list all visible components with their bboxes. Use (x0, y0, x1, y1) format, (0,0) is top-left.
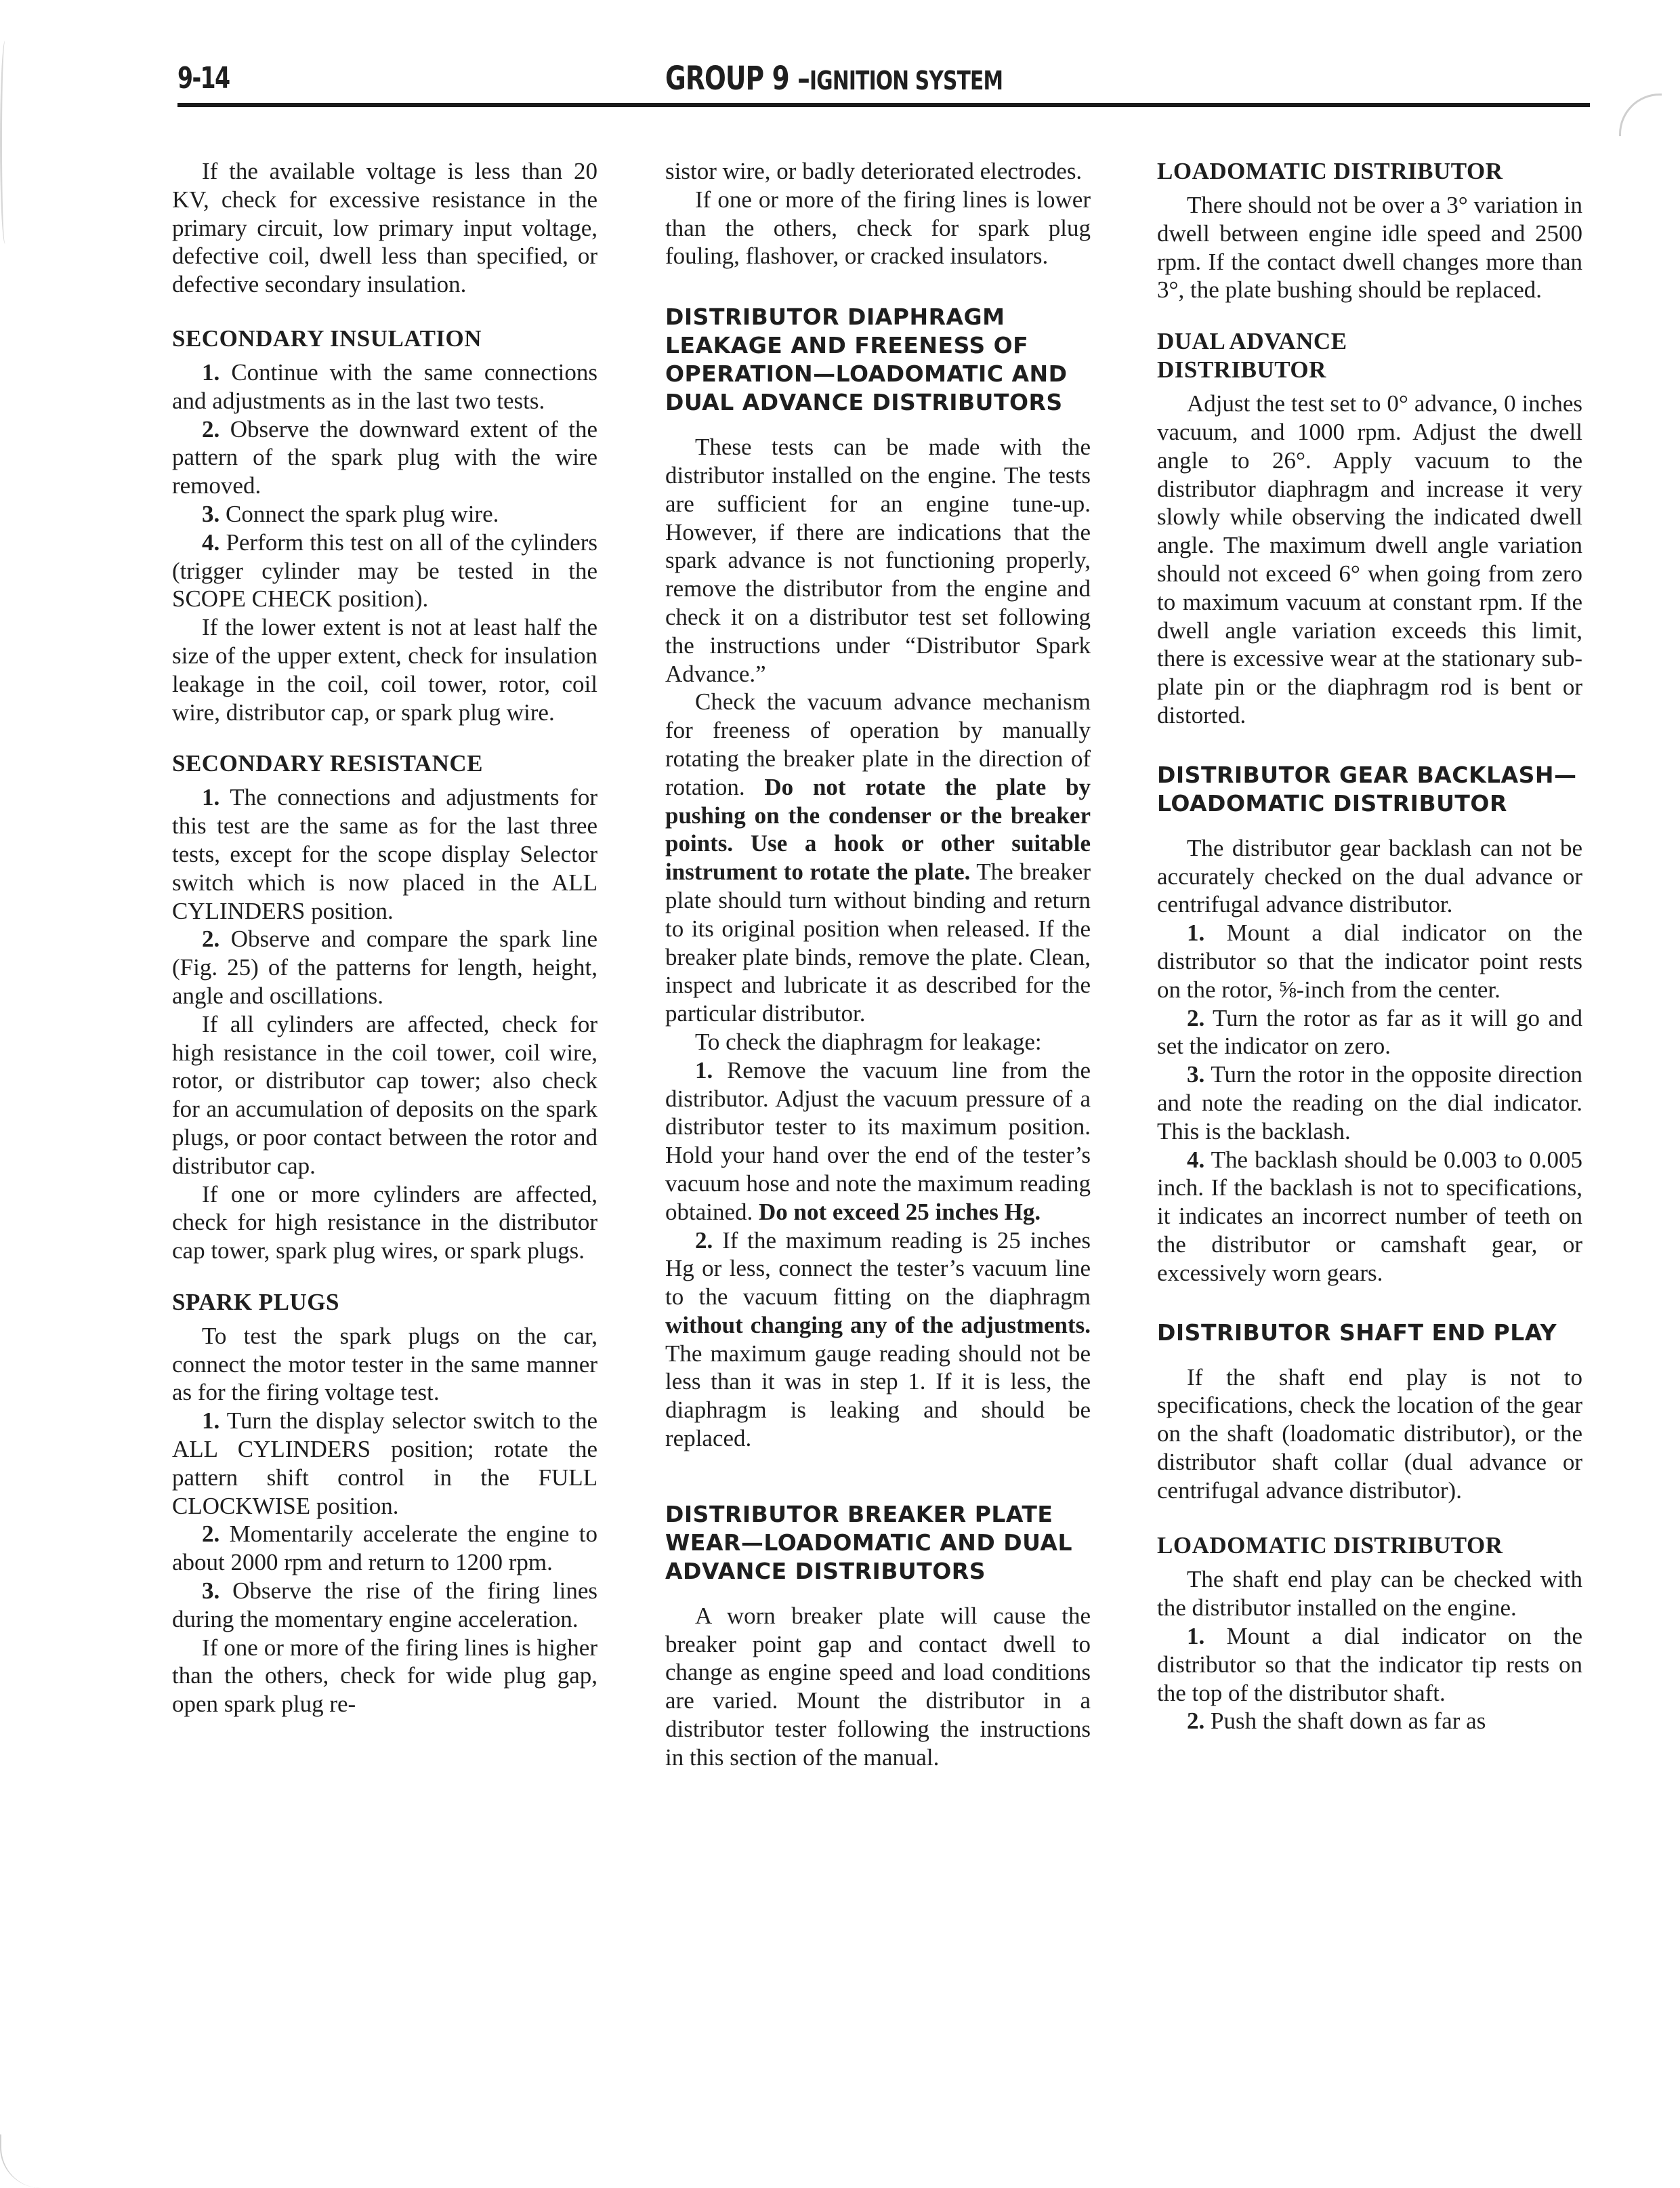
paragraph: If all cylinders are affected, check for… (172, 1010, 597, 1180)
step: 1. Continue with the same connections an… (172, 358, 597, 415)
section-label: IGNITION SYSTEM (810, 66, 1003, 96)
heading-loadomatic-distributor: LOADOMATIC DISTRIBUTOR (1157, 157, 1582, 186)
step: 2. Observe and compare the spark line (F… (172, 925, 597, 1010)
warning-text: Do not exceed 25 inches Hg. (759, 1199, 1041, 1225)
paragraph: To test the spark plugs on the car, conn… (172, 1322, 597, 1407)
step: 4. The backlash should be 0.003 to 0.005… (1157, 1146, 1582, 1287)
paragraph-continuation: sistor wire, or badly deteriorated elect… (665, 157, 1091, 186)
step: 1. Turn the display selector switch to t… (172, 1407, 597, 1520)
step: 1. Remove the vacuum line from the distr… (665, 1056, 1091, 1226)
step: 1. Mount a dial indicator on the distrib… (1157, 919, 1582, 1004)
step: 4. Perform this test on all of the cylin… (172, 529, 597, 613)
paragraph: There should not be over a 3° variation … (1157, 191, 1582, 304)
paragraph: These tests can be made with the distrib… (665, 433, 1091, 688)
step: 2. Observe the downward extent of the pa… (172, 415, 597, 500)
heading-secondary-insulation: SECONDARY INSULATION (172, 325, 597, 353)
heading-spark-plugs: SPARK PLUGS (172, 1288, 597, 1317)
step: 3. Connect the spark plug wire. (172, 500, 597, 529)
paragraph: The shaft end play can be checked with t… (1157, 1565, 1582, 1622)
page-number: 9-14 (177, 61, 230, 96)
step: 1. Mount a dial indicator on the distrib… (1157, 1622, 1582, 1707)
title-dash: – (797, 60, 810, 98)
heading-secondary-resistance: SECONDARY RESISTANCE (172, 749, 597, 778)
step: 2. If the maximum reading is 25 inches H… (665, 1226, 1091, 1453)
paragraph: If the lower extent is not at least half… (172, 613, 597, 726)
paragraph: The distributor gear backlash can not be… (1157, 834, 1582, 919)
step: 2. Turn the rotor as far as it will go a… (1157, 1004, 1582, 1061)
paragraph: If one or more of the firing lines is hi… (172, 1634, 597, 1718)
paragraph: If the available voltage is less than 20… (172, 157, 597, 299)
column-2: sistor wire, or badly deteriorated elect… (665, 157, 1091, 1772)
step: 3. Observe the rise of the firing lines … (172, 1577, 597, 1634)
column-1: If the available voltage is less than 20… (172, 157, 597, 1718)
page-edge-right (1619, 94, 1662, 136)
page-edge-left (0, 41, 10, 244)
step: 1. The connections and adjustments for t… (172, 783, 597, 925)
heading-loadomatic-distributor-2: LOADOMATIC DISTRIBUTOR (1157, 1531, 1582, 1560)
step: 2. Push the shaft down as far as (1157, 1707, 1582, 1735)
heading-gear-backlash: DISTRIBUTOR GEAR BACKLASH—LOADOMATIC DIS… (1157, 761, 1582, 818)
step: 3. Turn the rotor in the opposite direct… (1157, 1060, 1582, 1145)
paragraph: To check the diaphragm for leakage: (665, 1028, 1091, 1056)
group-label: GROUP 9 (665, 60, 789, 98)
paragraph: A worn breaker plate will cause the brea… (665, 1602, 1091, 1772)
paragraph: If one or more cylinders are affected, c… (172, 1180, 597, 1265)
heading-dual-advance-distributor: DUAL ADVANCE DISTRIBUTOR (1157, 327, 1401, 384)
warning-text: without changing any of the adjustments. (665, 1312, 1091, 1338)
page-edge-bottom (0, 2134, 42, 2188)
paragraph: If the shaft end play is not to specific… (1157, 1363, 1582, 1505)
heading-breaker-plate-wear: DISTRIBUTOR BREAKER PLATE WEAR—LOADOMATI… (665, 1500, 1091, 1586)
column-3: LOADOMATIC DISTRIBUTOR There should not … (1157, 157, 1582, 1735)
paragraph: Check the vacuum advance mechanism for f… (665, 688, 1091, 1028)
paragraph: Adjust the test set to 0° advance, 0 inc… (1157, 390, 1582, 730)
running-title: GROUP 9 –IGNITION SYSTEM (665, 60, 1003, 98)
paragraph: If one or more of the firing lines is lo… (665, 186, 1091, 270)
heading-diaphragm-leakage: DISTRIBUTOR DIAPHRAGM LEAKAGE AND FREENE… (665, 303, 1091, 417)
running-header: 9-14 GROUP 9 –IGNITION SYSTEM (177, 54, 1590, 108)
header-rule (177, 103, 1590, 107)
step: 2. Momentarily accelerate the engine to … (172, 1520, 597, 1577)
heading-shaft-end-play: DISTRIBUTOR SHAFT END PLAY (1157, 1319, 1582, 1347)
